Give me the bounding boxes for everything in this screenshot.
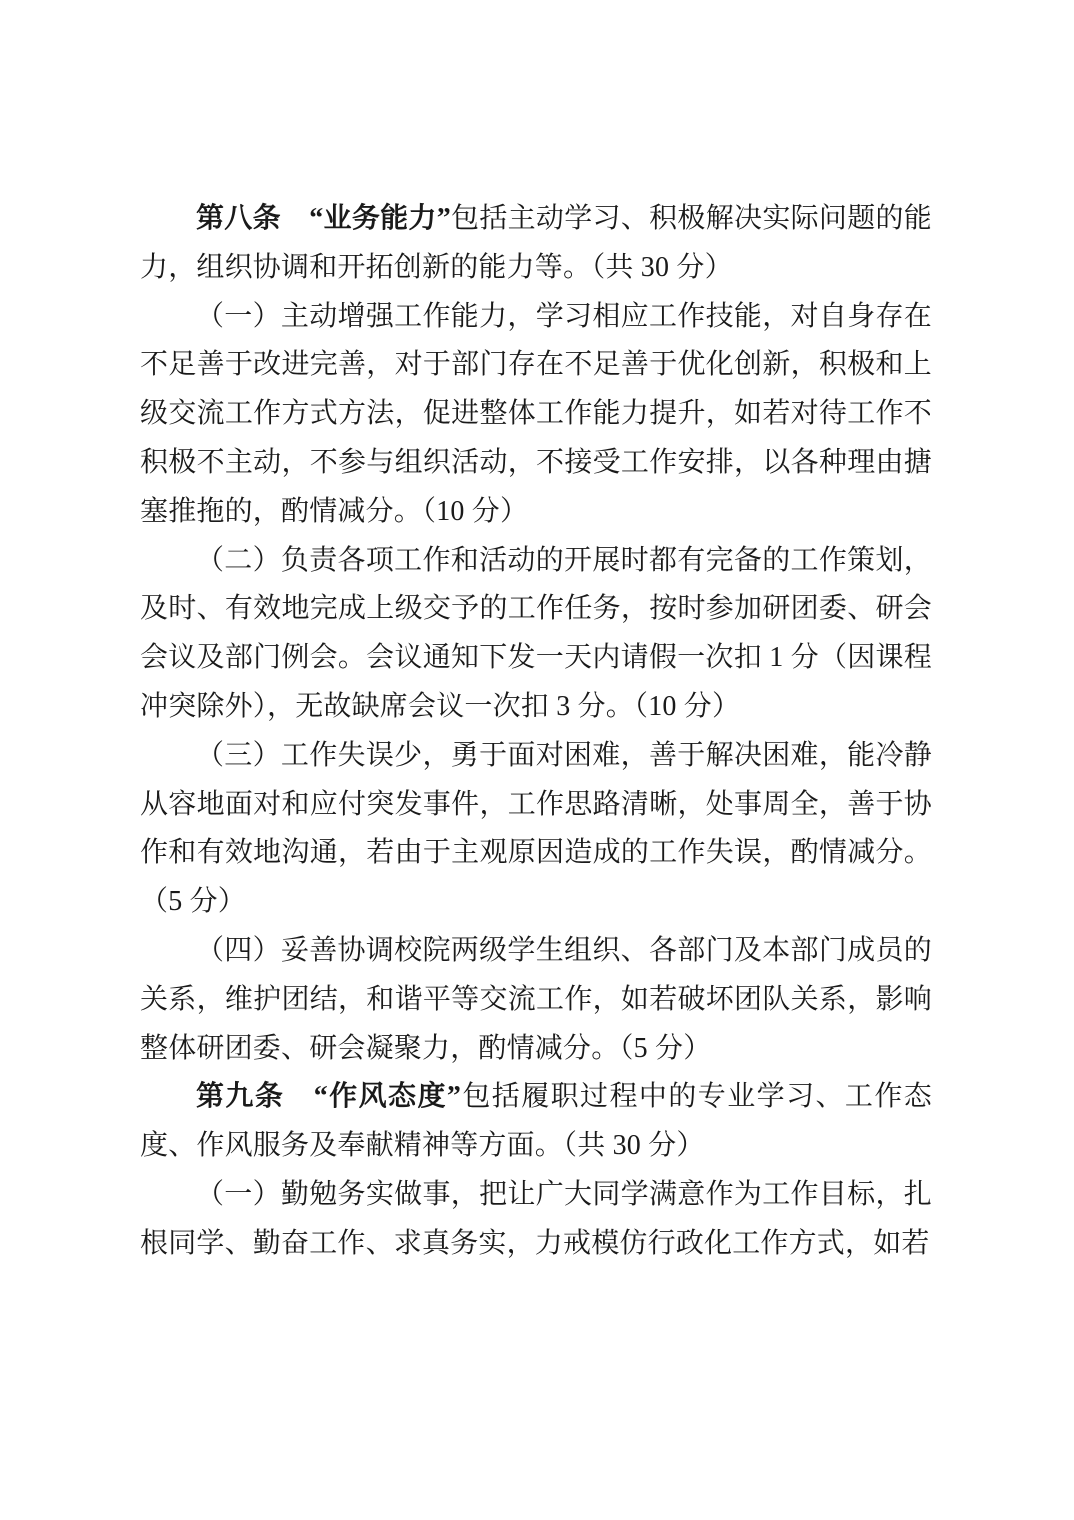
article-8-item-2: （二）负责各项工作和活动的开展时都有完备的工作策划，及时、有效地完成上级交予的工… [140, 537, 932, 732]
bold-text-run: 第八条 [196, 203, 281, 234]
bold-text-run: “业务能力” [309, 203, 451, 234]
text-run: （一）主动增强工作能力，学习相应工作技能，对自身存在不足善于改进完善，对于部门存… [140, 301, 932, 527]
article-8-item-4: （四）妥善协调校院两级学生组织、各部门及本部门成员的关系，维护团结，和谐平等交流… [140, 927, 932, 1073]
document-body: 第八条 “业务能力”包括主动学习、积极解决实际问题的能力，组织协调和开拓创新的能… [140, 195, 932, 1269]
article-8-item-3: （三）工作失误少，勇于面对困难，善于解决困难，能冷静从容地面对和应付突发事件，工… [140, 732, 932, 927]
article-9-item-1: （一）勤勉务实做事，把让广大同学满意作为工作目标，扎根同学、勤奋工作、求真务实，… [140, 1171, 932, 1269]
text-run [284, 1081, 313, 1112]
bold-text-run: 第九条 [196, 1081, 284, 1112]
bold-text-run: “作风态度” [314, 1081, 461, 1112]
text-run: （二）负责各项工作和活动的开展时都有完备的工作策划，及时、有效地完成上级交予的工… [140, 545, 932, 722]
text-run: （一）勤勉务实做事，把让广大同学满意作为工作目标，扎根同学、勤奋工作、求真务实，… [140, 1179, 932, 1259]
document-page: 第八条 “业务能力”包括主动学习、积极解决实际问题的能力，组织协调和开拓创新的能… [0, 0, 1074, 1520]
article-8-item-1: （一）主动增强工作能力，学习相应工作技能，对自身存在不足善于改进完善，对于部门存… [140, 293, 932, 537]
text-run: （四）妥善协调校院两级学生组织、各部门及本部门成员的关系，维护团结，和谐平等交流… [140, 935, 932, 1064]
text-run: （三）工作失误少，勇于面对困难，善于解决困难，能冷静从容地面对和应付突发事件，工… [140, 740, 932, 917]
article-9-heading-paragraph: 第九条 “作风态度”包括履职过程中的专业学习、工作态度、作风服务及奉献精神等方面… [140, 1073, 932, 1171]
text-run [281, 203, 309, 234]
article-8-heading-paragraph: 第八条 “业务能力”包括主动学习、积极解决实际问题的能力，组织协调和开拓创新的能… [140, 195, 932, 293]
